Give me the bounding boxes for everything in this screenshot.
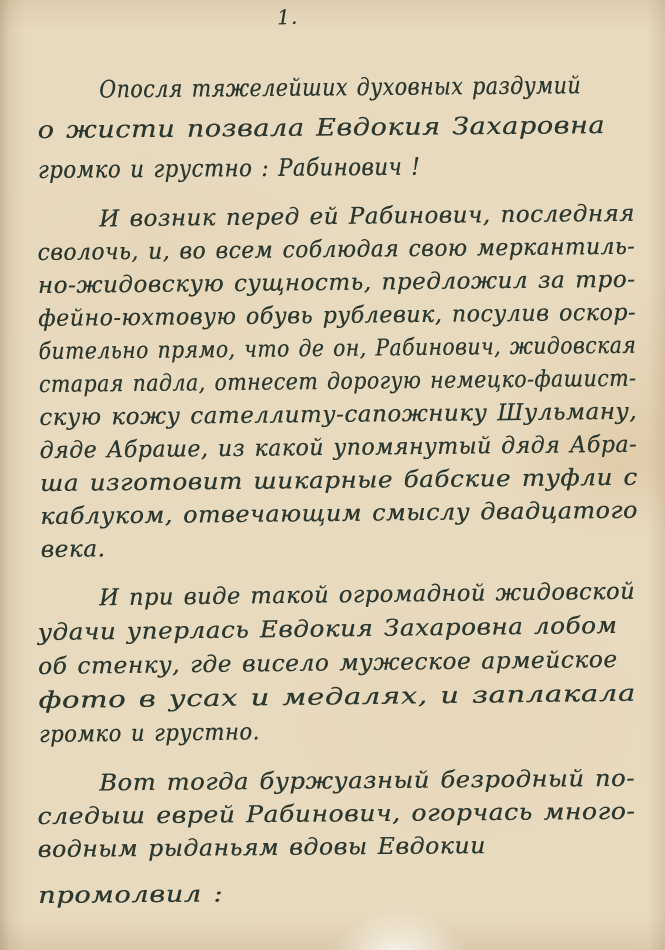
text-row: каблуком, отвечающим смыслу двадцатого xyxy=(40,495,638,534)
manuscript-line: о жисти позвала Евдокия Захаровна xyxy=(37,105,605,150)
text-row: громко и грустно : Рабинович ! xyxy=(38,145,636,190)
manuscript-line: каблуком, отвечающим смыслу двадцатого xyxy=(40,495,638,534)
manuscript-line: громко и грустно. xyxy=(39,715,260,752)
text-row: Вот тогда буржуазный безродный по- xyxy=(37,763,635,801)
text-row: следыш еврей Рабинович, огорчась много- xyxy=(37,796,635,834)
manuscript-line: громко и грустно : Рабинович ! xyxy=(38,147,421,190)
manuscript-line: следыш еврей Рабинович, огорчась много- xyxy=(37,796,635,834)
text-row: Опосля тяжелейших духовных раздумий xyxy=(37,65,635,110)
text-row: о жисти позвала Евдокия Захаровна xyxy=(37,105,635,150)
manuscript-line: водным рыданьям вдовы Евдокии xyxy=(38,830,486,867)
paragraph-2: И возник перед ей Рабинович, последняя с… xyxy=(37,198,639,567)
text-row: века. xyxy=(40,528,638,567)
paragraph-3: И при виде такой огромадной жидовской уд… xyxy=(37,575,637,752)
manuscript-line: века. xyxy=(40,533,105,567)
manuscript-line: Опосля тяжелейших духовных раздумий xyxy=(99,65,581,109)
manuscript-line: промолвил : xyxy=(38,878,223,913)
page-number: 1. xyxy=(277,5,299,30)
manuscript-line: фото в усах и медалях, и заплакала xyxy=(38,677,636,718)
text-row: промолвил : xyxy=(38,875,636,913)
text-row: громко и грустно. xyxy=(39,711,637,752)
text-row: водным рыданьям вдовы Евдокии xyxy=(38,829,636,867)
paragraph-4: Вот тогда буржуазный безродный по- следы… xyxy=(37,763,636,913)
manuscript-line: Вот тогда буржуазный безродный по- xyxy=(99,763,635,801)
manuscript-page: 1. Опосля тяжелейших духовных раздумий о… xyxy=(0,0,665,950)
manuscript-line: И возник перед ей Рабинович, последняя xyxy=(99,198,635,237)
paragraph-1: Опосля тяжелейших духовных раздумий о жи… xyxy=(37,65,636,190)
